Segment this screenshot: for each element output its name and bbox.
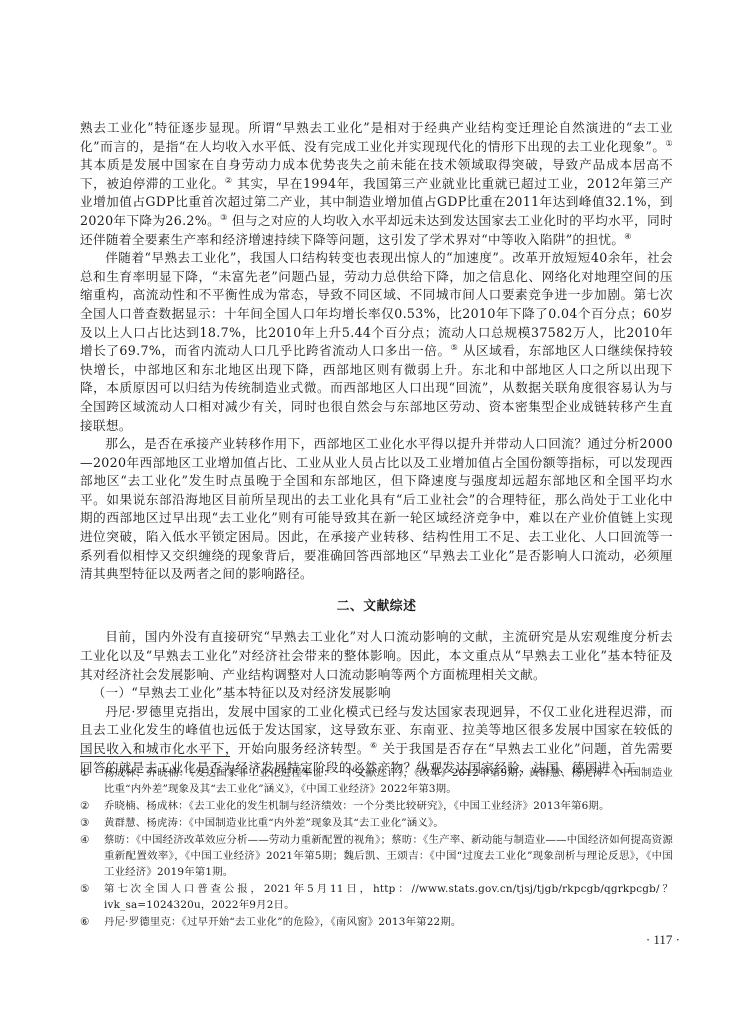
footnote-text: 黄群慧、杨虎涛：《中国制造业比重“内外差”现象及其“去工业化”涵义》。 xyxy=(104,815,673,831)
section-title: 二、文献综述 xyxy=(80,598,673,617)
footnote-marker: ③ xyxy=(80,815,104,831)
footnote-marker: ① xyxy=(80,765,104,797)
main-text-column: 熟去工业化”特征逐步显现。所谓“早熟去工业化”是相对于经典产业结构变迁理论自然演… xyxy=(80,119,673,777)
footnote-text: 乔晓楠、杨成林：《去工业化的发生机制与经济绩效：一个分类比较研究》，《中国工业经… xyxy=(104,798,673,814)
body-paragraph: 伴随着“早熟去工业化”，我国人口结构转变也表现出惊人的“加速度”。改革开放短短4… xyxy=(80,249,673,435)
paragraph-text: 目前，国内外没有直接研究“早熟去工业化”对人口流动影响的文献，主流研究是从宏观维… xyxy=(80,629,673,681)
footnote-text: 蔡昉：《中国经济改革效应分析——劳动力重新配置的视角》；蔡昉：《生产率、新动能与… xyxy=(104,832,673,880)
paragraph-text: 伴随着“早熟去工业化”，我国人口结构转变也表现出惊人的“加速度”。改革开放短短4… xyxy=(80,250,673,358)
footnote-marker: ⑥ xyxy=(80,914,104,930)
paragraph-text: 熟去工业化”特征逐步显现。所谓“早熟去工业化”是相对于经典产业结构变迁理论自然演… xyxy=(80,120,673,154)
footnote-divider xyxy=(80,756,230,757)
footnote-text: 杨成林、乔晓楠：《发达国家非工业化进程举证：一个文献述评》，《改革》2012年第… xyxy=(104,765,673,797)
body-paragraph: 熟去工业化”特征逐步显现。所谓“早熟去工业化”是相对于经典产业结构变迁理论自然演… xyxy=(80,119,673,249)
footnote-list: ①杨成林、乔晓楠：《发达国家非工业化进程举证：一个文献述评》，《改革》2012年… xyxy=(80,765,673,930)
footnote-item: ③黄群慧、杨虎涛：《中国制造业比重“内外差”现象及其“去工业化”涵义》。 xyxy=(80,815,673,831)
page-number: · 117 · xyxy=(620,932,680,948)
footnote-reference[interactable]: ③ xyxy=(220,213,228,222)
footnote-text: 丹尼·罗德里克：《过早开始“去工业化”的危险》，《南风窗》2013年第22期。 xyxy=(104,914,673,930)
subsection-heading: （一）“早熟去工业化”基本特征以及对经济发展影响 xyxy=(80,684,673,703)
footnote-item: ⑤第七次全国人口普查公报，2021年5月11日，http：//www.stats… xyxy=(80,881,673,913)
intro-paragraphs: 熟去工业化”特征逐步显现。所谓“早熟去工业化”是相对于经典产业结构变迁理论自然演… xyxy=(80,119,673,584)
footnote-item: ⑥丹尼·罗德里克：《过早开始“去工业化”的危险》，《南风窗》2013年第22期。 xyxy=(80,914,673,930)
body-paragraph: 那么，是否在承接产业转移作用下，西部地区工业化水平得以提升并带动人口回流？通过分… xyxy=(80,435,673,584)
body-paragraph: 目前，国内外没有直接研究“早熟去工业化”对人口流动影响的文献，主流研究是从宏观维… xyxy=(80,628,673,684)
literature-review-paragraphs: 目前，国内外没有直接研究“早熟去工业化”对人口流动影响的文献，主流研究是从宏观维… xyxy=(80,628,673,684)
footnote-reference[interactable]: ④ xyxy=(624,231,632,240)
footnote-reference[interactable]: ② xyxy=(225,176,233,185)
paragraph-text: 那么，是否在承接产业转移作用下，西部地区工业化水平得以提升并带动人口回流？通过分… xyxy=(80,436,673,581)
footnote-marker: ⑤ xyxy=(80,881,104,913)
footnote-reference[interactable]: ⑥ xyxy=(370,741,378,750)
footnote-item: ①杨成林、乔晓楠：《发达国家非工业化进程举证：一个文献述评》，《改革》2012年… xyxy=(80,765,673,797)
footnotes: ①杨成林、乔晓楠：《发达国家非工业化进程举证：一个文献述评》，《改革》2012年… xyxy=(80,756,673,931)
footnote-reference[interactable]: ① xyxy=(665,138,673,147)
footnote-text: 第七次全国人口普查公报，2021年5月11日，http：//www.stats.… xyxy=(104,881,673,913)
footnote-item: ④蔡昉：《中国经济改革效应分析——劳动力重新配置的视角》；蔡昉：《生产率、新动能… xyxy=(80,832,673,880)
footnote-marker: ④ xyxy=(80,832,104,880)
footnote-item: ②乔晓楠、杨成林：《去工业化的发生机制与经济绩效：一个分类比较研究》，《中国工业… xyxy=(80,798,673,814)
footnote-marker: ② xyxy=(80,798,104,814)
